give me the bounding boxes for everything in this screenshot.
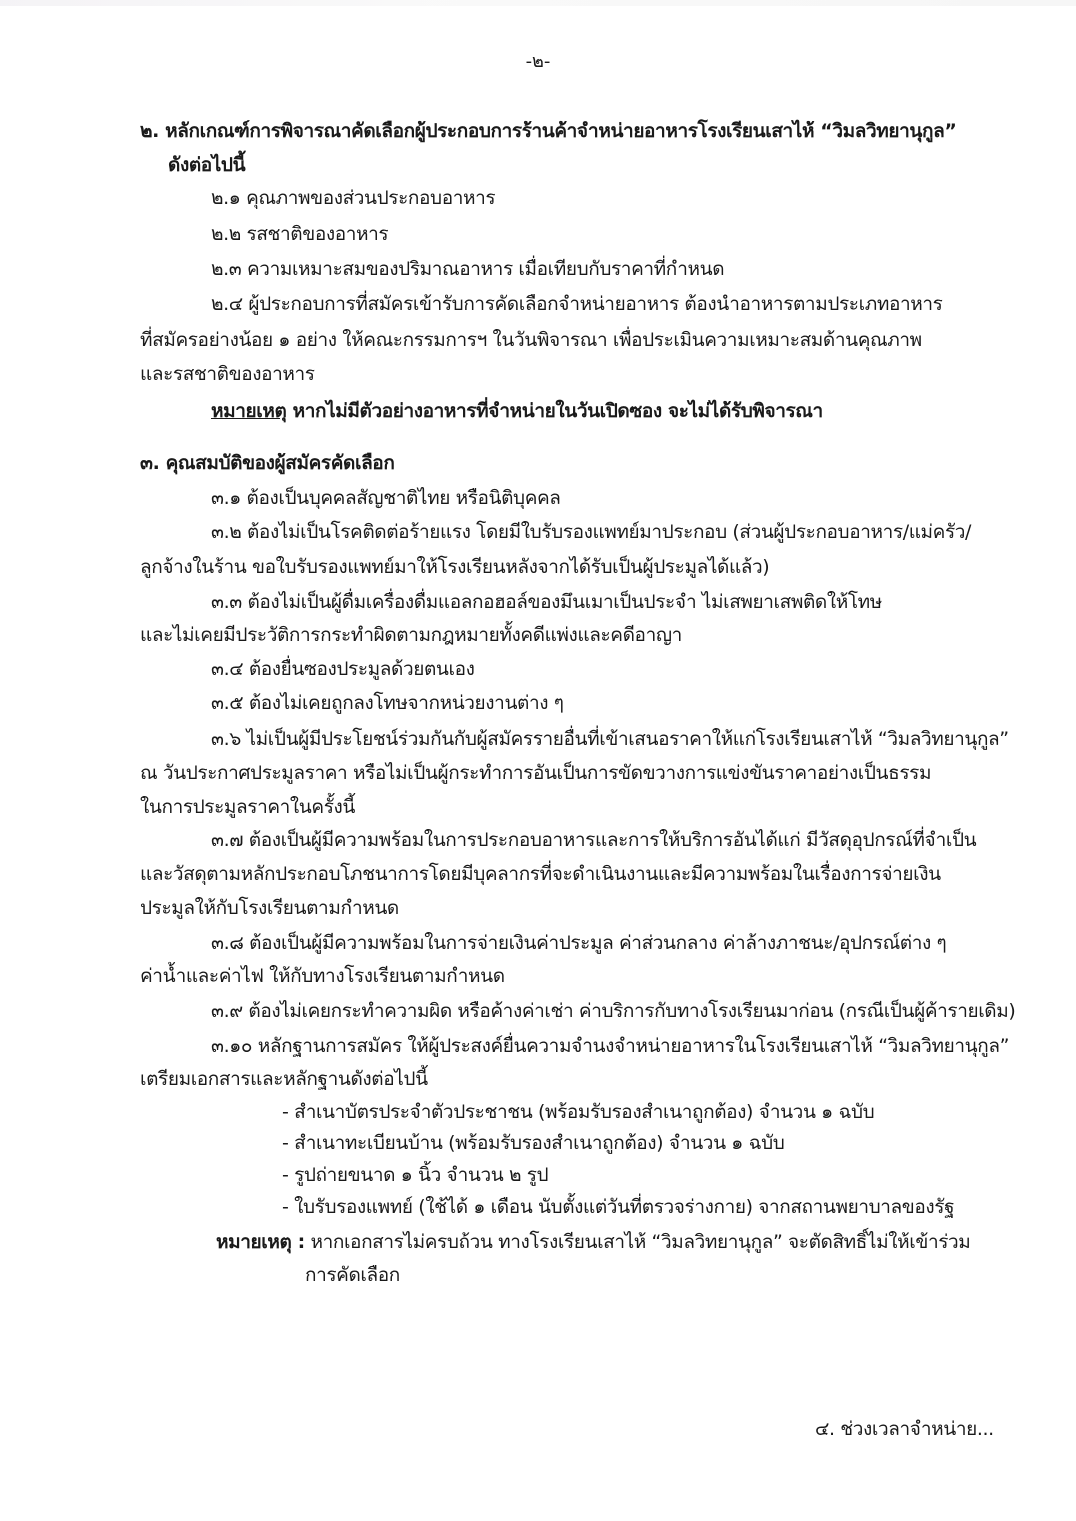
section3-line: และวัสดุตามหลักประกอบโภชนาการโดยมีบุคลาก… [140,861,941,887]
document-list-item: - ใบรับรองแพทย์ (ใช้ได้ ๑ เดือน นับตั้งแ… [282,1194,954,1220]
section3-line: ๓.๗ ต้องเป็นผู้มีความพร้อมในการประกอบอาห… [211,827,976,853]
section3-line: ๓.๙ ต้องไม่เคยกระทำความผิด หรือค้างค่าเช… [211,998,1015,1024]
continuation-text: ๔. ช่วงเวลาจำหน่าย... [815,1416,994,1442]
section3-line: ๓.๕ ต้องไม่เคยถูกลงโทษจากหน่วยงานต่าง ๆ [211,690,564,716]
section2-heading-cont: ดังต่อไปนี้ [168,152,245,178]
document-list-item: - สำเนาทะเบียนบ้าน (พร้อมรับรองสำเนาถูกต… [282,1130,784,1156]
section2-item-4: ๒.๔ ผู้ประกอบการที่สมัครเข้ารับการคัดเลื… [211,291,942,317]
scan-edge [0,0,1076,6]
section3-note-cont: การคัดเลือก [305,1262,400,1288]
section2-item-4-cont2: และรสชาติของอาหาร [140,361,315,387]
document-list-item: - รูปถ่ายขนาด ๑ นิ้ว จำนวน ๒ รูป [282,1162,548,1188]
section3-line: ๓.๒ ต้องไม่เป็นโรคติดต่อร้ายแรง โดยมีใบร… [211,519,971,545]
section3-heading: ๓. คุณสมบัติของผู้สมัครคัดเลือก [140,450,394,476]
section3-line: ประมูลให้กับโรงเรียนตามกำหนด [140,895,399,921]
document-page: -๒- ๒. หลักเกณฑ์การพิจารณาคัดเลือกผู้ประ… [0,0,1076,1521]
section2-item-1: ๒.๑ คุณภาพของส่วนประกอบอาหาร [211,185,495,211]
note-label: หมายเหตุ : [216,1231,305,1253]
section2-note: หมายเหตุ หากไม่มีตัวอย่างอาหารที่จำหน่าย… [211,398,823,424]
note-label: หมายเหตุ [211,400,286,422]
section2-item-3: ๒.๓ ความเหมาะสมของปริมาณอาหาร เมื่อเทียบ… [211,256,724,282]
section3-line: ๓.๓ ต้องไม่เป็นผู้ดื่มเครื่องดื่มแอลกอฮอ… [211,589,882,615]
note-text: หากไม่มีตัวอย่างอาหารที่จำหน่ายในวันเปิด… [286,400,822,422]
section3-line: ๓.๖ ไม่เป็นผู้มีประโยชน์ร่วมกันกับผู้สมั… [211,726,1009,752]
section2-item-2: ๒.๒ รสชาติของอาหาร [211,221,388,247]
section3-line: ๓.๔ ต้องยื่นซองประมูลด้วยตนเอง [211,656,474,682]
section3-line: ๓.๑ ต้องเป็นบุคคลสัญชาติไทย หรือนิติบุคค… [211,485,561,511]
section3-line: เตรียมเอกสารและหลักฐานดังต่อไปนี้ [140,1066,428,1092]
section3-line: ลูกจ้างในร้าน ขอใบรับรองแพทย์มาให้โรงเรี… [140,554,769,580]
section3-line: ๓.๘ ต้องเป็นผู้มีความพร้อมในการจ่ายเงินค… [211,930,946,956]
section3-line: ๓.๑๐ หลักฐานการสมัคร ให้ผู้ประสงค์ยื่นคว… [211,1033,1009,1059]
section3-line: ณ วันประกาศประมูลราคา หรือไม่เป็นผู้กระท… [140,760,931,786]
section3-line: และไม่เคยมีประวัติการกระทำผิดตามกฎหมายทั… [140,622,682,648]
section2-item-4-cont: ที่สมัครอย่างน้อย ๑ อย่าง ให้คณะกรรมการฯ… [140,327,922,353]
section3-note: หมายเหตุ : หากเอกสารไม่ครบถ้วน ทางโรงเรี… [216,1229,970,1255]
note-text: หากเอกสารไม่ครบถ้วน ทางโรงเรียนเสาไห้ “ว… [305,1231,971,1253]
page-number: -๒- [0,46,1076,75]
section3-line: ในการประมูลราคาในครั้งนี้ [140,794,355,820]
document-list-item: - สำเนาบัตรประจำตัวประชาชน (พร้อมรับรองส… [282,1099,874,1125]
section3-line: ค่าน้ำและค่าไฟ ให้กับทางโรงเรียนตามกำหนด [140,963,505,989]
section2-heading: ๒. หลักเกณฑ์การพิจารณาคัดเลือกผู้ประกอบก… [140,118,956,144]
